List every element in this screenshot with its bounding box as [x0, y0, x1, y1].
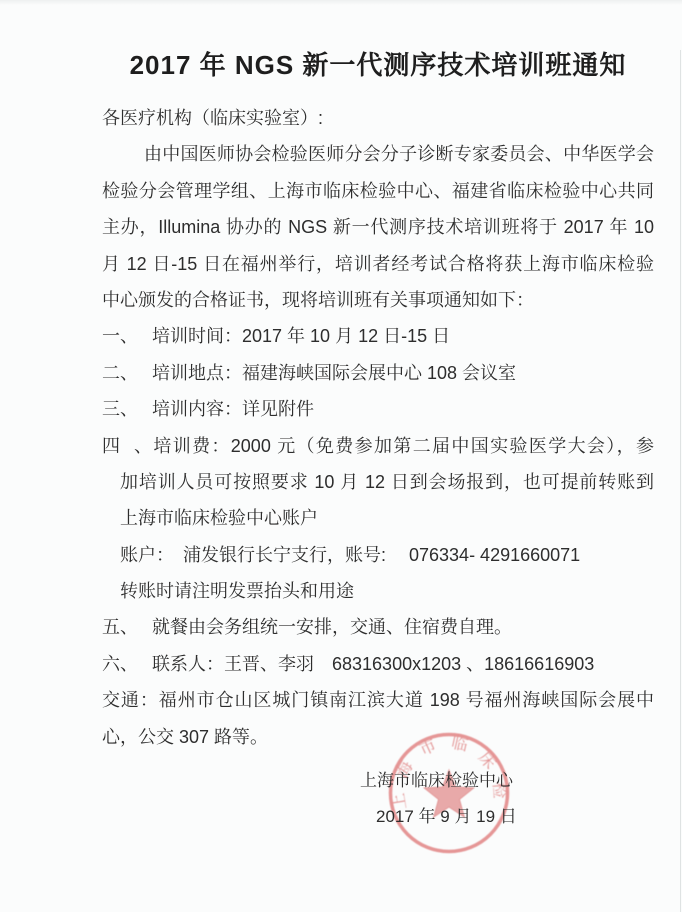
list-item-4-cont-1: 加培训人员可按照要求 10 月 12 日到会场报到，也可提前转账到	[102, 464, 654, 500]
scanned-notice-page: 上海市临床检验中心 2017 年 NGS 新一代测序技术培训班通知 各医疗机构（…	[0, 0, 682, 912]
item-number: 二、	[102, 355, 152, 391]
intro-line-2: 检验分会管理学组、上海市临床检验中心、福建省临床检验中心共同	[102, 173, 654, 209]
item-number: 三、	[102, 391, 152, 427]
transfer-note-line: 转账时请注明发票抬头和用途	[102, 573, 654, 609]
account-info-line: 账户： 浦发银行长宁支行，账号: 076334- 4291660071	[102, 537, 654, 573]
intro-line-4: 月 12 日-15 日在福州举行，培训者经考试合格将获上海市临床检验	[102, 246, 654, 282]
signature-date: 2017 年 9 月 19 日	[102, 799, 654, 835]
salutation-line: 各医疗机构（临床实验室）:	[102, 100, 654, 136]
item-number: 四、	[102, 428, 152, 464]
list-item-1: 一、培训时间：2017 年 10 月 12 日-15 日	[102, 318, 654, 354]
item-number: 一、	[102, 318, 152, 354]
item-number: 五、	[102, 609, 152, 645]
item-text: 培训时间：2017 年 10 月 12 日-15 日	[152, 326, 450, 346]
list-item-2: 二、培训地点：福建海峡国际会展中心 108 会议室	[102, 355, 654, 391]
item-number: 六、	[102, 646, 152, 682]
intro-line-3: 主办，Illumina 协办的 NGS 新一代测序技术培训班将于 2017 年 …	[102, 209, 654, 245]
transport-line-1: 交通：福州市仓山区城门镇南江滨大道 198 号福州海峡国际会展中	[102, 682, 654, 718]
list-item-4-cont-2: 上海市临床检验中心账户	[102, 500, 654, 536]
item-text: 联系人：王晋、李羽 68316300x1203 、18616616903	[152, 654, 594, 674]
notice-title: 2017 年 NGS 新一代测序技术培训班通知	[102, 48, 654, 82]
transport-line-2: 心，公交 307 路等。	[102, 719, 654, 755]
list-item-4: 四、培训费：2000 元（免费参加第二届中国实验医学大会），参	[102, 428, 654, 464]
signature-org: 上海市临床检验中心	[102, 763, 654, 799]
intro-line-5: 中心颁发的合格证书，现将培训班有关事项通知如下：	[102, 282, 654, 318]
item-text: 培训地点：福建海峡国际会展中心 108 会议室	[152, 363, 516, 383]
list-item-3: 三、培训内容：详见附件	[102, 391, 654, 427]
item-text: 培训费：2000 元（免费参加第二届中国实验医学大会），参	[152, 436, 654, 456]
list-item-5: 五、就餐由会务组统一安排，交通、住宿费自理。	[102, 609, 654, 645]
intro-line-1: 由中国医师协会检验医师分会分子诊断专家委员会、中华医学会	[102, 136, 654, 172]
item-text: 培训内容：详见附件	[152, 399, 314, 419]
item-text: 就餐由会务组统一安排，交通、住宿费自理。	[152, 617, 512, 637]
list-item-6: 六、联系人：王晋、李羽 68316300x1203 、18616616903	[102, 646, 654, 682]
notice-body: 2017 年 NGS 新一代测序技术培训班通知 各医疗机构（临床实验室）: 由中…	[0, 48, 682, 836]
